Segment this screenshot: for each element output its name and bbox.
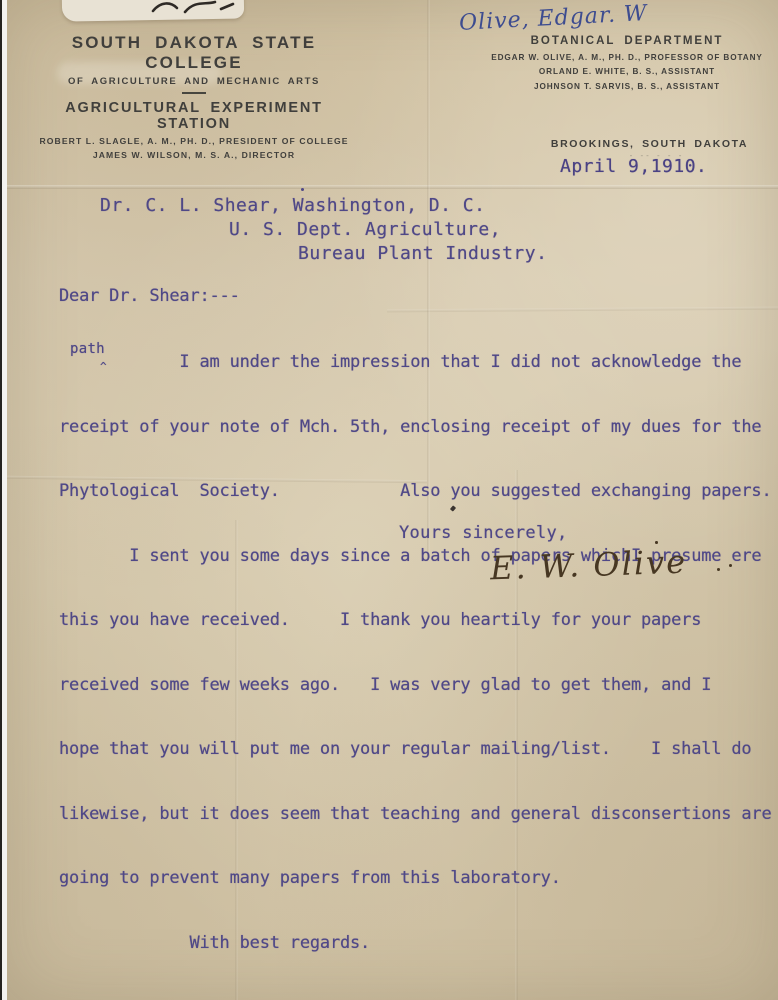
staff-line-assistant-2: JOHNSON T. SARVIS, B. S., ASSISTANT [465,82,778,91]
closing-line: Yours sincerely, [399,523,568,543]
body-line: likewise, but it does seem that teaching… [59,804,771,826]
college-name: SOUTH DAKOTA STATE COLLEGE [29,33,359,73]
body-line: I am under the impression that I did not… [59,352,771,374]
staff-line-professor: EDGAR W. OLIVE, A. M., PH. D., PROFESSOR… [465,53,778,62]
letter-body: I am under the impression that I did not… [59,309,771,997]
body-line: received some few weeks ago. I was very … [59,675,771,697]
handwritten-name-annotation: Olive, Edgar. W [459,0,760,36]
recipient-line-1: Dr. C. L. Shear, Washington, D. C. [100,195,485,216]
letterhead-college-block: SOUTH DAKOTA STATE COLLEGE OF AGRICULTUR… [29,33,359,160]
experiment-station-name: AGRICULTURAL EXPERIMENT STATION [29,100,359,132]
signature-dot [655,541,658,544]
department-name: BOTANICAL DEPARTMENT [465,35,778,47]
salutation: Dear Dr. Shear:--- [59,286,240,306]
recipient-line-3: Bureau Plant Industry. [298,243,547,264]
body-line: Phytological Society. Also you suggested… [59,481,771,503]
letterhead-department-block: BOTANICAL DEPARTMENT EDGAR W. OLIVE, A. … [465,35,778,91]
staff-line-assistant-1: ORLAND E. WHITE, B. S., ASSISTANT [465,67,778,76]
cut-off-handwriting-fragment [147,0,242,19]
ink-speck [301,188,304,191]
fold-crease [7,185,778,189]
recipient-line-2: U. S. Dept. Agriculture, [229,219,501,240]
typed-insertion-path: path [70,341,105,357]
college-subtitle: OF AGRICULTURE AND MECHANIC ARTS [29,76,359,87]
body-line: this you have received. I thank you hear… [59,610,771,632]
signature-dot [729,564,732,567]
body-line: receipt of your note of Mch. 5th, enclos… [59,417,771,439]
date-line: April 9,1910. [560,156,707,177]
letter-paper: SOUTH DAKOTA STATE COLLEGE OF AGRICULTUR… [7,0,778,1000]
location-line: BROOKINGS, SOUTH DAKOTA [507,138,778,150]
body-line: hope that you will put me on your regula… [59,739,771,761]
signature-dot [717,568,720,571]
letterhead-divider [182,92,206,94]
signature: E. W. Olive [489,543,687,588]
body-line: With best regards. [59,933,771,955]
body-line: going to prevent many papers from this l… [59,868,771,890]
president-line: ROBERT L. SLAGLE, A. M., PH. D., PRESIDE… [29,136,359,146]
insertion-caret: ^ [100,360,107,373]
director-line: JAMES W. WILSON, M. S. A., DIRECTOR [29,150,359,160]
scanned-letter: SOUTH DAKOTA STATE COLLEGE OF AGRICULTUR… [0,0,778,1000]
